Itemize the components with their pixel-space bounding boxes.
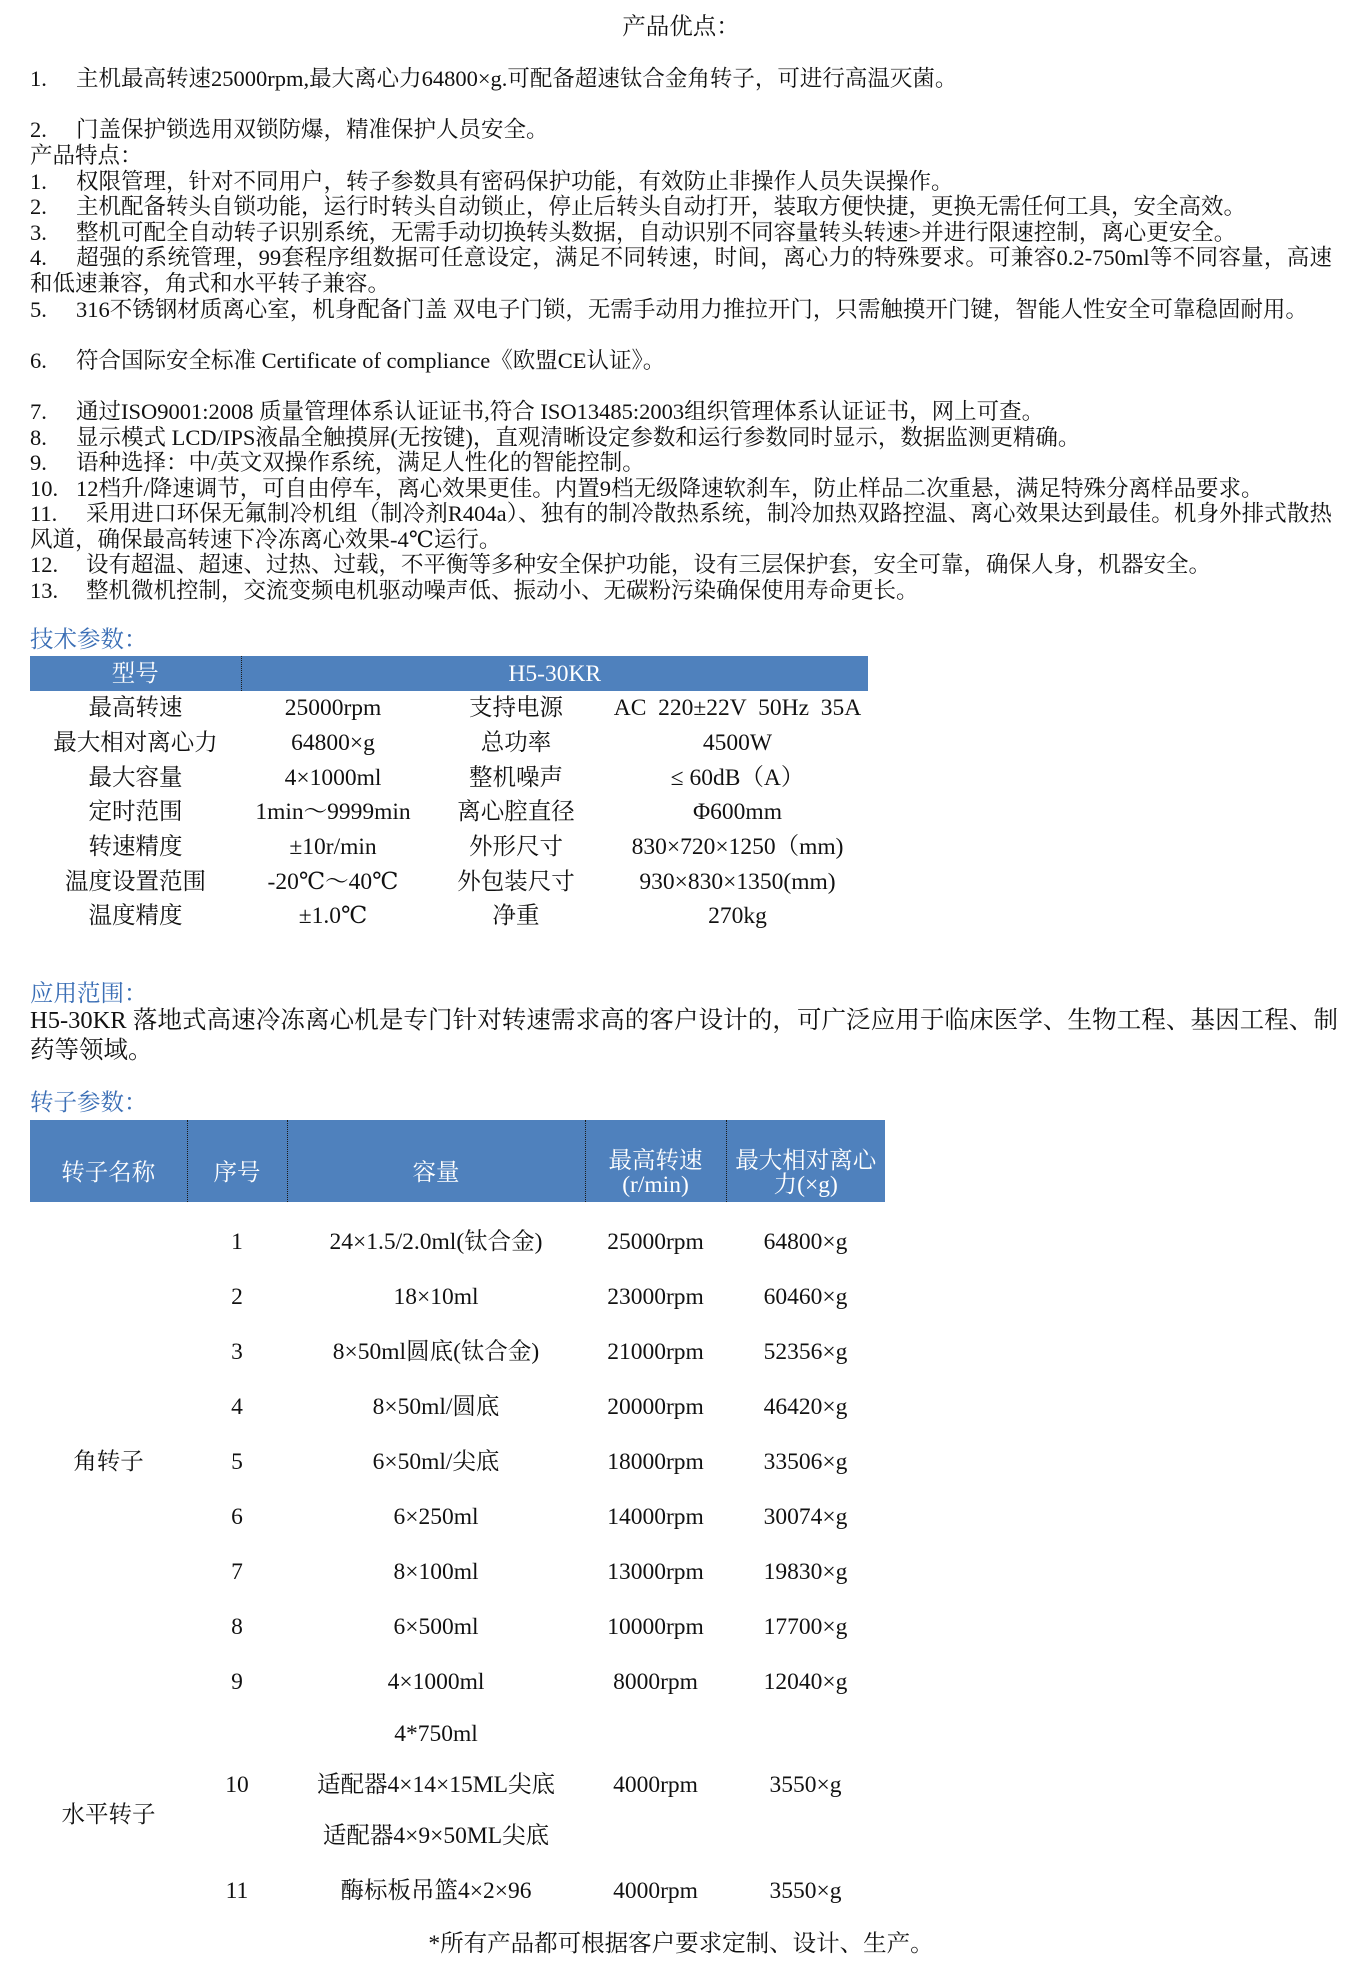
rotor-capacity: 18×10ml	[287, 1270, 585, 1325]
customization-note: *所有产品都可根据客户要求定制、设计、生产。	[30, 1932, 1332, 1958]
rotor-max-rcf: 12040×g	[726, 1655, 885, 1710]
rotor-no: 5	[187, 1435, 287, 1490]
feature-item-5: 5.316不锈钢材质离心室，机身配备门盖 双电子门锁，无需手动用力推拉开门，只需…	[30, 297, 1332, 323]
feature-item-13: 13.整机微机控制，交流变频电机驱动噪声低、振动小、无碳粉污染确保使用寿命更长。	[30, 578, 1332, 604]
rotor-no: 7	[187, 1545, 287, 1600]
blank-line	[287, 1748, 585, 1774]
param-name: 外形尺寸	[425, 830, 607, 865]
item-number: 2.	[30, 117, 76, 143]
rotor-capacity: 酶标板吊篮4×2×96	[287, 1862, 585, 1921]
rotor-max-speed: 4000rpm	[585, 1710, 726, 1862]
item-number: 6.	[30, 348, 76, 374]
rotor-no: 1	[187, 1215, 287, 1270]
rotor-max-rcf: 30074×g	[726, 1490, 885, 1545]
param-value: 930×830×1350(mm)	[607, 864, 868, 899]
item-text: 主机最高转速25000rpm,最大离心力64800×g.可配备超速钛合金角转子，…	[76, 66, 957, 91]
feature-item-1: 1.权限管理，针对不同用户，转子参数具有密码保护功能，有效防止非操作人员失误操作…	[30, 169, 1332, 195]
rotor-max-speed: 10000rpm	[585, 1600, 726, 1655]
rotor-params-heading: 转子参数：	[30, 1091, 148, 1117]
param-value: ±1.0℃	[241, 899, 425, 934]
rotor-max-speed: 4000rpm	[585, 1862, 726, 1921]
item-text: 316不锈钢材质离心室，机身配备门盖 双电子门锁，无需手动用力推拉开门，只需触摸…	[76, 297, 1308, 322]
rotor-no: 8	[187, 1600, 287, 1655]
application-paragraph: H5-30KR 落地式高速冷冻离心机是专门针对转速需求高的客户设计的，可广泛应用…	[30, 1006, 1338, 1067]
rotor-capacity: 8×50ml/圆底	[287, 1380, 585, 1435]
param-value: Φ600mm	[607, 795, 868, 830]
rotor-params-table: 转子名称 序号 容量 最高转速(r/min) 最大相对离心力(×g) 角转子 1…	[30, 1120, 885, 1921]
item-text: 采用进口环保无氟制冷机组（制冷剂R404a）、独有的制冷散热系统，制冷加热双路控…	[30, 501, 1332, 552]
param-name: 定时范围	[30, 795, 241, 830]
param-value: 64800×g	[241, 726, 425, 761]
item-number: 12.	[30, 552, 86, 578]
item-text: 主机配备转头自锁功能，运行时转头自动锁止，停止后转头自动打开，装取方便快捷，更换…	[76, 194, 1246, 219]
rotor-no: 2	[187, 1270, 287, 1325]
table-row: 水平转子 10 4*750ml 适配器4×14×15ML尖底 适配器4×9×50…	[30, 1710, 885, 1862]
spacer-cell	[30, 1202, 885, 1215]
tech-params-heading: 技术参数：	[30, 628, 148, 654]
rotor-max-rcf: 60460×g	[726, 1270, 885, 1325]
rotor-group-name: 水平转子	[30, 1710, 187, 1921]
spacer-row	[30, 1202, 885, 1215]
feature-item-11: 11.采用进口环保无氟制冷机组（制冷剂R404a）、独有的制冷散热系统，制冷加热…	[30, 501, 1332, 552]
param-value: ±10r/min	[241, 830, 425, 865]
capacity-option: 4*750ml	[287, 1722, 585, 1748]
feature-item-2: 2.主机配备转头自锁功能，运行时转头自动锁止，停止后转头自动打开，装取方便快捷，…	[30, 194, 1332, 220]
rotor-max-rcf: 3550×g	[726, 1862, 885, 1921]
param-value: 4500W	[607, 726, 868, 761]
param-value: 830×720×1250（mm)	[607, 830, 868, 865]
tech-table-header-row: 型号 H5-30KR	[30, 656, 868, 691]
rotor-capacity: 24×1.5/2.0ml(钛合金)	[287, 1215, 585, 1270]
item-text: 通过ISO9001:2008 质量管理体系认证证书,符合 ISO13485:20…	[76, 399, 1044, 424]
item-text: 12档升/降速调节，可自由停车，离心效果更佳。内置9档无级降速软刹车，防止样品二…	[76, 476, 1264, 501]
rotor-max-speed: 25000rpm	[585, 1215, 726, 1270]
rotor-no: 9	[187, 1655, 287, 1710]
feature-item-6: 6.符合国际安全标准 Certificate of compliance《欧盟C…	[30, 348, 1332, 374]
application-heading: 应用范围：	[30, 982, 148, 1008]
item-number: 7.	[30, 399, 76, 425]
item-number: 13.	[30, 578, 86, 604]
item-text: 设有超温、超速、过热、过载，不平衡等多种安全保护功能，设有三层保护套，安全可靠，…	[86, 552, 1211, 577]
item-number: 9.	[30, 450, 76, 476]
feature-item-9: 9.语种选择：中/英文双操作系统，满足人性化的智能控制。	[30, 450, 1332, 476]
rotor-max-rcf: 52356×g	[726, 1325, 885, 1380]
rotor-max-speed: 18000rpm	[585, 1435, 726, 1490]
tech-params-table: 型号 H5-30KR 最高转速 25000rpm 支持电源 AC 220±22V…	[30, 656, 868, 934]
param-name: 整机噪声	[425, 760, 607, 795]
rotor-capacity: 6×50ml/尖底	[287, 1435, 585, 1490]
rotor-no: 11	[187, 1862, 287, 1921]
item-number: 5.	[30, 297, 76, 323]
param-value: AC 220±22V 50Hz 35A	[607, 691, 868, 726]
feature-item-12: 12.设有超温、超速、过热、过载，不平衡等多种安全保护功能，设有三层保护套，安全…	[30, 552, 1332, 578]
rotor-max-speed: 23000rpm	[585, 1270, 726, 1325]
item-text: 显示模式 LCD/IPS液晶全触摸屏(无按键)，直观清晰设定参数和运行参数同时显…	[76, 425, 1080, 450]
rotor-no: 10	[187, 1710, 287, 1862]
item-text: 门盖保护锁选用双锁防爆，精准保护人员安全。	[76, 117, 549, 142]
item-number: 3.	[30, 220, 76, 246]
rotor-max-speed: 8000rpm	[585, 1655, 726, 1710]
rotor-max-rcf: 33506×g	[726, 1435, 885, 1490]
tech-table-row: 转速精度 ±10r/min 外形尺寸 830×720×1250（mm)	[30, 830, 868, 865]
feature-item-8: 8.显示模式 LCD/IPS液晶全触摸屏(无按键)，直观清晰设定参数和运行参数同…	[30, 425, 1332, 451]
param-name: 总功率	[425, 726, 607, 761]
blank-line	[30, 41, 1332, 67]
col-header-max-speed: 最高转速(r/min)	[585, 1120, 726, 1202]
item-text: 权限管理，针对不同用户，转子参数具有密码保护功能，有效防止非操作人员失误操作。	[76, 169, 954, 194]
intro-section: 产品优点： 1.主机最高转速25000rpm,最大离心力64800×g.可配备超…	[30, 15, 1332, 604]
rotor-no: 4	[187, 1380, 287, 1435]
tech-table-row: 温度设置范围 -20℃～40℃ 外包装尺寸 930×830×1350(mm)	[30, 864, 868, 899]
item-number: 4.	[30, 245, 76, 271]
tech-table-row: 温度精度 ±1.0℃ 净重 270kg	[30, 899, 868, 934]
param-name: 温度设置范围	[30, 864, 241, 899]
item-number: 10.	[30, 476, 76, 502]
rotor-max-rcf: 3550×g	[726, 1710, 885, 1862]
param-name: 净重	[425, 899, 607, 934]
advantages-title: 产品优点：	[30, 15, 1332, 41]
param-value: 1min～9999min	[241, 795, 425, 830]
rotor-max-rcf: 19830×g	[726, 1545, 885, 1600]
rotor-max-rcf: 64800×g	[726, 1215, 885, 1270]
rotor-max-speed: 20000rpm	[585, 1380, 726, 1435]
rotor-capacity: 6×250ml	[287, 1490, 585, 1545]
rotor-max-speed: 14000rpm	[585, 1490, 726, 1545]
product-spec-document: 产品优点： 1.主机最高转速25000rpm,最大离心力64800×g.可配备超…	[0, 0, 1369, 1978]
param-value: 270kg	[607, 899, 868, 934]
rotor-capacity: 8×100ml	[287, 1545, 585, 1600]
table-row: 角转子 1 24×1.5/2.0ml(钛合金) 25000rpm 64800×g	[30, 1215, 885, 1270]
features-title: 产品特点：	[30, 143, 1332, 169]
item-text: 整机可配全自动转子识别系统，无需手动切换转头数据，自动识别不同容量转头转速>并进…	[76, 220, 1236, 245]
rotor-capacity: 6×500ml	[287, 1600, 585, 1655]
rotor-max-rcf: 17700×g	[726, 1600, 885, 1655]
blank-line	[30, 373, 1332, 399]
tech-table-row: 最大相对离心力 64800×g 总功率 4500W	[30, 726, 868, 761]
col-header-no: 序号	[187, 1120, 287, 1202]
rotor-no: 6	[187, 1490, 287, 1545]
param-name: 离心腔直径	[425, 795, 607, 830]
tech-table-row: 定时范围 1min～9999min 离心腔直径 Φ600mm	[30, 795, 868, 830]
item-number: 1.	[30, 169, 76, 195]
param-name: 最大相对离心力	[30, 726, 241, 761]
rotor-no: 3	[187, 1325, 287, 1380]
feature-item-10: 10.12档升/降速调节，可自由停车，离心效果更佳。内置9档无级降速软刹车，防止…	[30, 476, 1332, 502]
param-value: 4×1000ml	[241, 760, 425, 795]
col-header-max-rcf: 最大相对离心力(×g)	[726, 1120, 885, 1202]
item-number: 2.	[30, 194, 76, 220]
rotor-capacity: 4*750ml 适配器4×14×15ML尖底 适配器4×9×50ML尖底	[287, 1710, 585, 1862]
tech-table-row: 最高转速 25000rpm 支持电源 AC 220±22V 50Hz 35A	[30, 691, 868, 726]
col-header-capacity: 容量	[287, 1120, 585, 1202]
rotor-max-rcf: 46420×g	[726, 1380, 885, 1435]
param-name: 转速精度	[30, 830, 241, 865]
item-number: 8.	[30, 425, 76, 451]
rotor-max-speed: 21000rpm	[585, 1325, 726, 1380]
param-value: ≤ 60dB（A）	[607, 760, 868, 795]
blank-line	[30, 322, 1332, 348]
feature-item-7: 7.通过ISO9001:2008 质量管理体系认证证书,符合 ISO13485:…	[30, 399, 1332, 425]
feature-item-3: 3.整机可配全自动转子识别系统，无需手动切换转头数据，自动识别不同容量转头转速>…	[30, 220, 1332, 246]
param-value: -20℃～40℃	[241, 864, 425, 899]
param-value: 25000rpm	[241, 691, 425, 726]
model-value-cell: H5-30KR	[241, 656, 868, 691]
item-text: 整机微机控制，交流变频电机驱动噪声低、振动小、无碳粉污染确保使用寿命更长。	[86, 578, 919, 603]
advantage-item-2: 2.门盖保护锁选用双锁防爆，精准保护人员安全。	[30, 117, 1332, 143]
item-text: 符合国际安全标准 Certificate of compliance《欧盟CE认…	[76, 348, 665, 373]
rotor-group-name: 角转子	[30, 1215, 187, 1710]
advantage-item-1: 1.主机最高转速25000rpm,最大离心力64800×g.可配备超速钛合金角转…	[30, 66, 1332, 92]
tech-table-row: 最大容量 4×1000ml 整机噪声 ≤ 60dB（A）	[30, 760, 868, 795]
param-name: 温度精度	[30, 899, 241, 934]
capacity-option: 适配器4×9×50ML尖底	[287, 1824, 585, 1850]
rotor-capacity: 4×1000ml	[287, 1655, 585, 1710]
feature-item-4: 4.超强的系统管理，99套程序组数据可任意设定，满足不同转速，时间，离心力的特殊…	[30, 245, 1332, 296]
blank-line	[287, 1799, 585, 1825]
item-number: 1.	[30, 66, 76, 92]
param-name: 最高转速	[30, 691, 241, 726]
item-number: 11.	[30, 501, 86, 527]
item-text: 语种选择：中/英文双操作系统，满足人性化的智能控制。	[76, 450, 645, 475]
rotor-capacity: 8×50ml圆底(钛合金)	[287, 1325, 585, 1380]
rotor-table-header-row: 转子名称 序号 容量 最高转速(r/min) 最大相对离心力(×g)	[30, 1120, 885, 1202]
rotor-max-speed: 13000rpm	[585, 1545, 726, 1600]
item-text: 超强的系统管理，99套程序组数据可任意设定，满足不同转速，时间，离心力的特殊要求…	[30, 245, 1332, 296]
blank-line	[30, 92, 1332, 118]
capacity-option: 适配器4×14×15ML尖底	[287, 1773, 585, 1799]
col-header-rotor-name: 转子名称	[30, 1120, 187, 1202]
param-name: 外包装尺寸	[425, 864, 607, 899]
param-name: 支持电源	[425, 691, 607, 726]
param-name: 最大容量	[30, 760, 241, 795]
model-label-cell: 型号	[30, 656, 241, 691]
